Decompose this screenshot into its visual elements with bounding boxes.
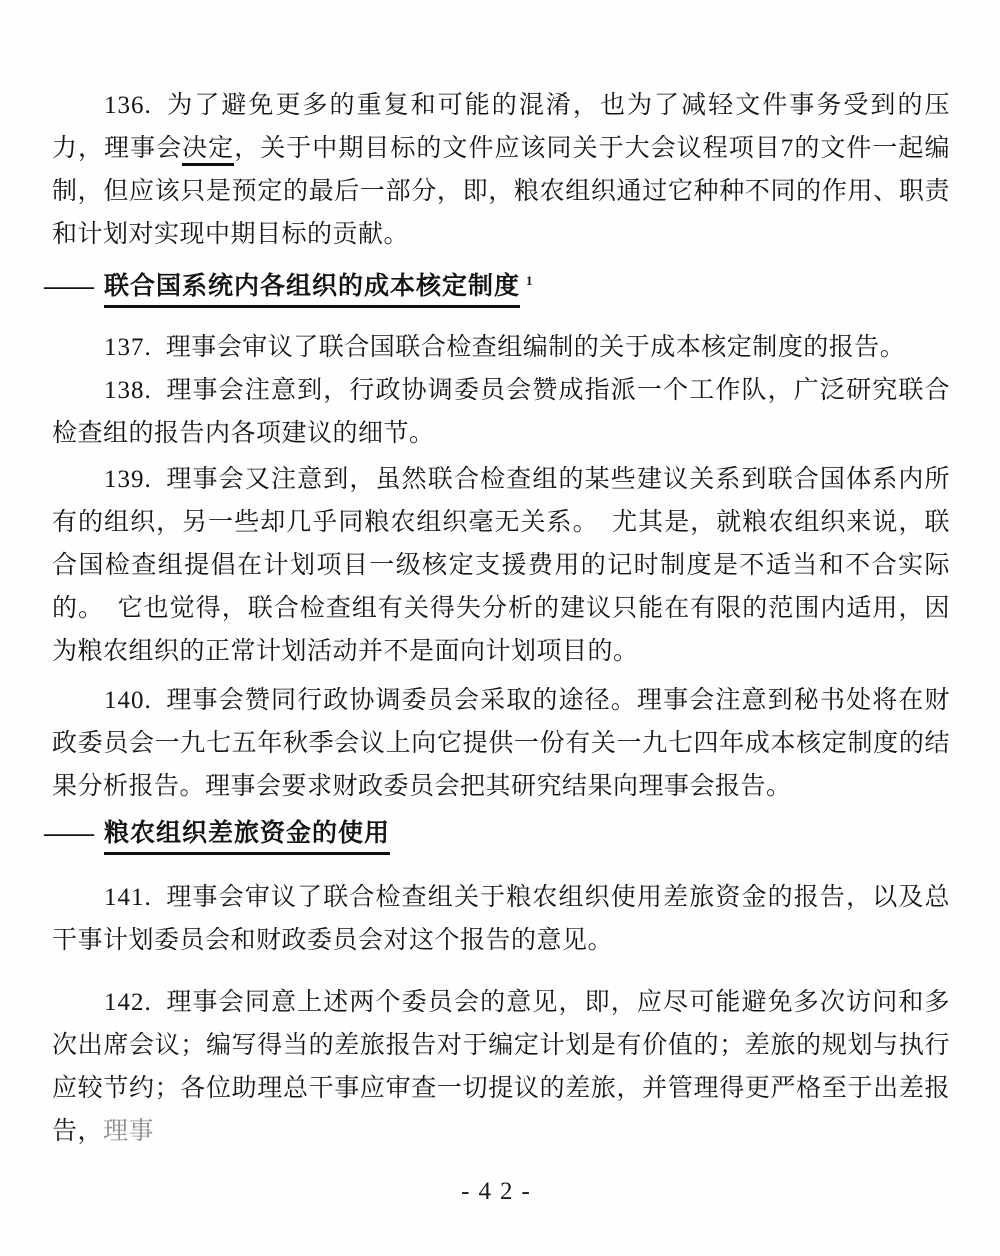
paragraph-136: 136.为了避免更多的重复和可能的混淆，也为了减轻文件事务受到的压力，理事会决定…	[52, 84, 950, 256]
paragraph-number: 139.	[104, 466, 152, 493]
paragraph-text: 理事会同意上述两个委员会的意见，即，应尽可能避免多次访问和多次出席会议；编写得当…	[52, 989, 950, 1145]
paragraph-text: 理事会审议了联合检查组关于粮农组织使用差旅资金的报告，以及总干事计划委员会和财政…	[52, 884, 950, 954]
paragraph-137: 137.理事会审议了联合国联合检查组编制的关于成本核定制度的报告。	[52, 326, 950, 369]
paragraph-number: 142.	[104, 989, 152, 1016]
paragraph-number: 136.	[104, 92, 152, 119]
paragraph-text: 理事会又注意到，虽然联合检查组的某些建议关系到联合国体系内所有的组织，另一些却几…	[52, 466, 950, 665]
document-page: 136.为了避免更多的重复和可能的混淆，也为了减轻文件事务受到的压力，理事会决定…	[0, 0, 1000, 1256]
paragraph-140: 140.理事会赞同行政协调委员会采取的途径。理事会注意到秘书处将在财政委员会一九…	[52, 679, 950, 808]
footnote-marker: 1	[526, 273, 534, 288]
heading-dash-icon: ——	[44, 273, 94, 300]
heading-title: 联合国系统内各组织的成本核定制度	[104, 273, 520, 308]
section-heading-travel-funds: ——粮农组织差旅资金的使用	[44, 817, 950, 851]
paragraph-number: 141.	[104, 884, 152, 911]
paragraph-142: 142.理事会同意上述两个委员会的意见，即，应尽可能避免多次访问和多次出席会议；…	[52, 981, 950, 1153]
paragraph-141: 141.理事会审议了联合检查组关于粮农组织使用差旅资金的报告，以及总干事计划委员…	[52, 876, 950, 962]
paragraph-number: 137.	[104, 334, 152, 361]
paragraph-text-faded: 理事	[103, 1118, 154, 1145]
paragraph-text: 理事会赞同行政协调委员会采取的途径。理事会注意到秘书处将在财政委员会一九七五年秋…	[52, 687, 950, 800]
paragraph-text: 理事会审议了联合国联合检查组编制的关于成本核定制度的报告。	[166, 334, 906, 361]
page-number: -42-	[0, 1178, 1000, 1206]
heading-dash-icon: ——	[44, 820, 94, 847]
paragraph-139: 139.理事会又注意到，虽然联合检查组的某些建议关系到联合国体系内所有的组织，另…	[52, 458, 950, 673]
paragraph-text: 理事会注意到，行政协调委员会赞成指派一个工作队，广泛研究联合检查组的报告内各项建…	[52, 377, 950, 447]
paragraph-number: 140.	[104, 687, 152, 714]
heading-title: 粮农组织差旅资金的使用	[104, 820, 390, 855]
section-heading-cost-measurement: ——联合国系统内各组织的成本核定制度1	[44, 270, 950, 304]
paragraph-138: 138.理事会注意到，行政协调委员会赞成指派一个工作队，广泛研究联合检查组的报告…	[52, 369, 950, 455]
underlined-term: 决定	[182, 135, 234, 166]
paragraph-number: 138.	[104, 377, 152, 404]
